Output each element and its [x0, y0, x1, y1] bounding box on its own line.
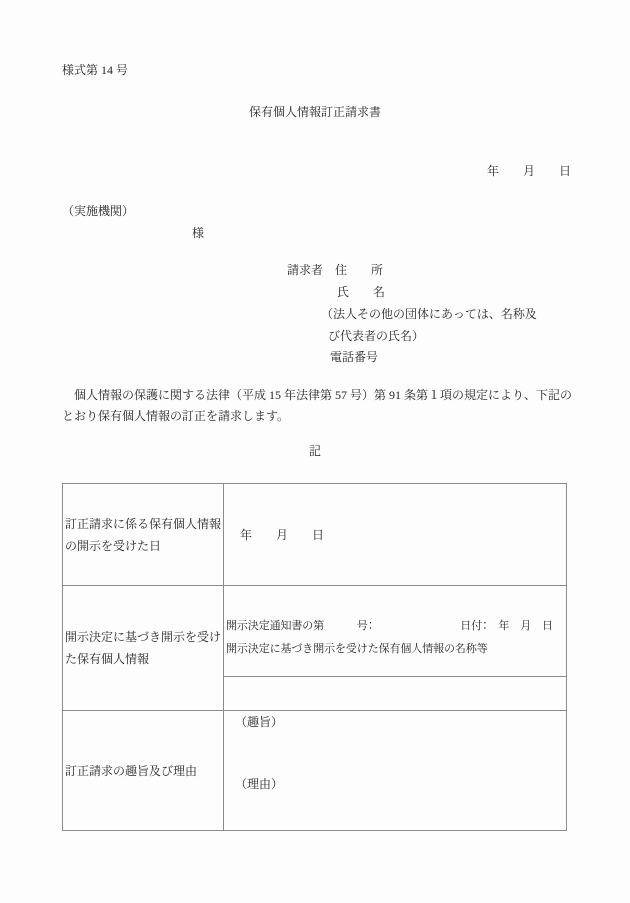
- addressee-agency: （実施機関）: [62, 205, 134, 217]
- form-number: 様式第 14 号: [62, 64, 128, 76]
- ki-label: 記: [0, 445, 630, 457]
- document-page: 様式第 14 号 保有個人情報訂正請求書 年 月 日 （実施機関） 様 請求者 …: [0, 0, 630, 903]
- column-divider-line: [223, 484, 224, 830]
- date-line: 年 月 日: [487, 165, 571, 177]
- requester-address-line: 請求者 住 所: [287, 264, 383, 276]
- requester-phone-line: 電話番号: [330, 351, 378, 363]
- row3-reason-label: （理由）: [235, 778, 283, 790]
- row2-inner-line: [223, 676, 566, 677]
- requester-corporate-note-line2: び代表者の氏名）: [328, 330, 424, 342]
- requester-name-line: 氏 名: [337, 286, 385, 298]
- page-title: 保有個人情報訂正請求書: [0, 106, 630, 118]
- row2-label-disclosed-info: 開示決定に基づき開示を受け た保有個人情報: [65, 586, 223, 710]
- body-paragraph: 個人情報の保護に関する法律（平成 15 年法律第 57 号）第 91 条第１項の…: [62, 385, 574, 427]
- row2-value-notice-details: 開示決定通知書の第 号： 日付： 年 月 日 開示決定に基づき開示を受けた保有個…: [226, 615, 553, 661]
- row3-purport-label: （趣旨）: [235, 716, 283, 728]
- addressee-honorific: 様: [192, 227, 204, 239]
- request-details-table: 訂正請求に係る保有個人情報 の開示を受けた日 年 月 日 開示決定に基づき開示を…: [62, 483, 567, 831]
- row1-label-disclosure-date: 訂正請求に係る保有個人情報 の開示を受けた日: [65, 484, 223, 585]
- requester-corporate-note-line1: （法人その他の団体にあっては、名称及: [321, 308, 537, 320]
- row1-value-date: 年 月 日: [240, 529, 324, 541]
- row3-label-purport-reason: 訂正請求の趣旨及び理由: [65, 711, 223, 830]
